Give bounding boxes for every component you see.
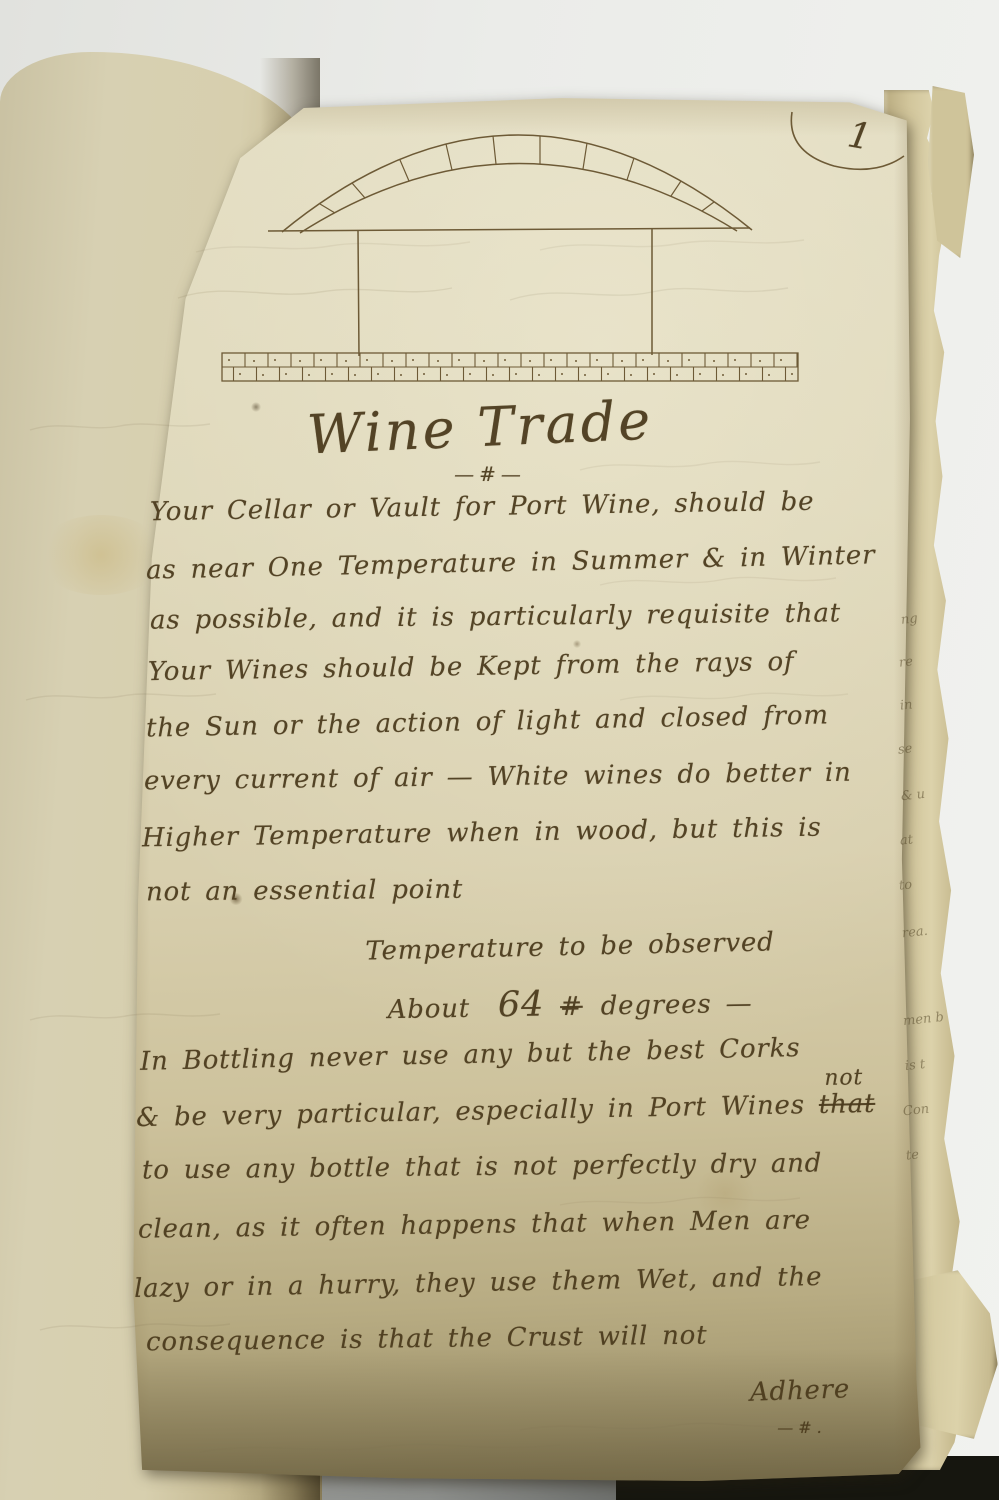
edge-text-fragment: & u — [900, 787, 926, 804]
title-flourish: —#— — [430, 462, 550, 486]
temperature-value: 64 — [498, 984, 545, 1025]
struck-word: that — [819, 1089, 876, 1120]
inserted-word: not — [824, 1065, 863, 1091]
closing-flourish: —#. — [742, 1418, 862, 1437]
manuscript-line: not an essential point — [146, 875, 463, 908]
edge-text-fragment: is t — [904, 1057, 926, 1074]
struck-mark: # — [560, 992, 583, 1022]
edge-text-fragment: Con — [902, 1102, 930, 1120]
edge-text-fragment: te — [905, 1147, 919, 1163]
correction: notthat — [819, 1089, 876, 1120]
heading-text: About — [387, 994, 470, 1025]
edge-text-fragment: in — [899, 697, 913, 713]
edge-text-fragment: rea. — [901, 924, 928, 942]
edge-text-fragment: ng — [900, 611, 918, 628]
edge-text-fragment: at — [899, 832, 913, 848]
edge-text-fragment: se — [897, 741, 913, 757]
edge-text-fragment: re — [898, 654, 913, 670]
heading-text: degrees — — [600, 989, 752, 1022]
manuscript-photograph: 1 Wine Trade —#— Your Cellar or Vault fo… — [0, 0, 999, 1500]
edge-text-fragment: to — [898, 877, 913, 893]
